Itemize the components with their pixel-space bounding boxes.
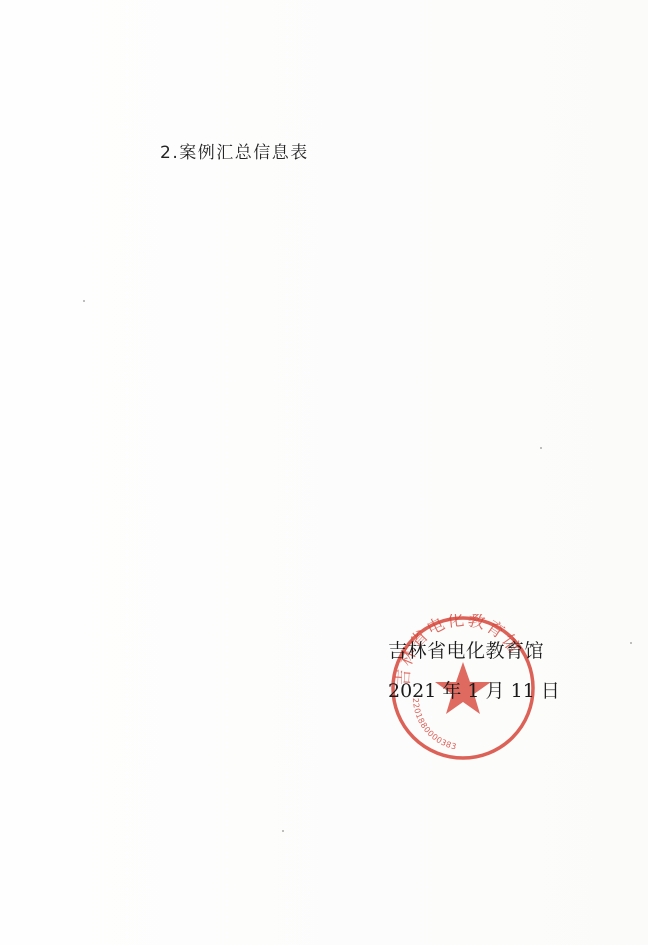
document-page: 2.案例汇总信息表 吉林省电化教育馆 2201880000383 吉林省电化教育… (0, 0, 648, 945)
scan-speck (540, 447, 542, 449)
section-heading: 2.案例汇总信息表 (160, 138, 309, 163)
issue-date: 2021 年 1 月 11 日 (388, 676, 560, 703)
scan-speck (83, 300, 85, 302)
scan-speck (630, 642, 632, 644)
issuing-organization: 吉林省电化教育馆 (388, 636, 544, 663)
scan-speck (282, 830, 284, 832)
